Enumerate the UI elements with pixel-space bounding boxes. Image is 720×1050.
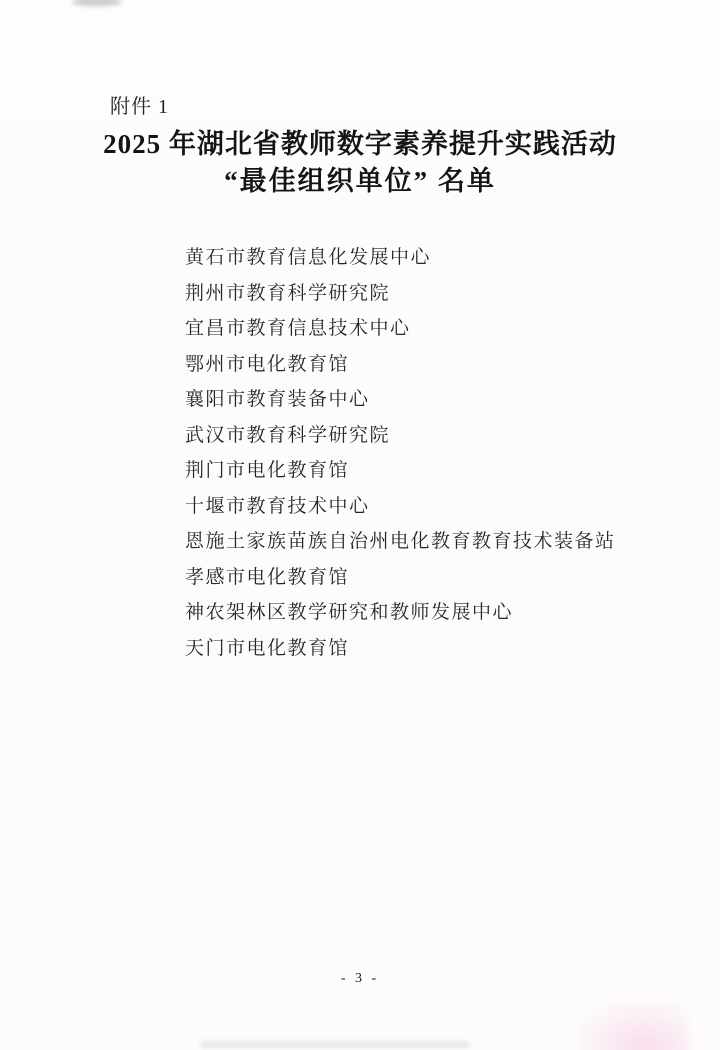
page-number: - 3 -: [0, 971, 720, 987]
scan-smear-bottom-center: [200, 1041, 470, 1048]
organization-list-item: 恩施土家族苗族自治州电化教育教育技术装备站: [185, 524, 616, 560]
document-title-line-1: 2025 年湖北省教师数字素养提升实践活动: [0, 125, 720, 163]
organization-list-item: 荆门市电化教育馆: [185, 453, 616, 489]
document-title: 2025 年湖北省教师数字素养提升实践活动 “最佳组织单位” 名单: [0, 125, 720, 200]
attachment-label: 附件 1: [110, 90, 169, 119]
scan-smudge-top-left: [72, 0, 122, 6]
document-title-line-2: “最佳组织单位” 名单: [0, 163, 720, 200]
organization-list-item: 孝感市电化教育馆: [185, 560, 616, 596]
organization-list-item: 襄阳市教育装备中心: [185, 382, 616, 418]
organization-list-item: 黄石市教育信息化发展中心: [185, 240, 616, 276]
organization-list-item: 天门市电化教育馆: [185, 631, 616, 667]
organization-list: 黄石市教育信息化发展中心 荆州市教育科学研究院 宜昌市教育信息技术中心 鄂州市电…: [185, 240, 616, 666]
organization-list-item: 十堰市教育技术中心: [185, 489, 616, 525]
organization-list-item: 宜昌市教育信息技术中心: [185, 311, 616, 347]
organization-list-item: 神农架林区教学研究和教师发展中心: [185, 595, 616, 631]
organization-list-item: 鄂州市电化教育馆: [185, 347, 616, 383]
organization-list-item: 武汉市教育科学研究院: [185, 418, 616, 454]
organization-list-item: 荆州市教育科学研究院: [185, 276, 616, 312]
scanned-document-page: 附件 1 2025 年湖北省教师数字素养提升实践活动 “最佳组织单位” 名单 黄…: [0, 0, 720, 1050]
scan-smudge-bottom-right: [578, 1002, 688, 1050]
